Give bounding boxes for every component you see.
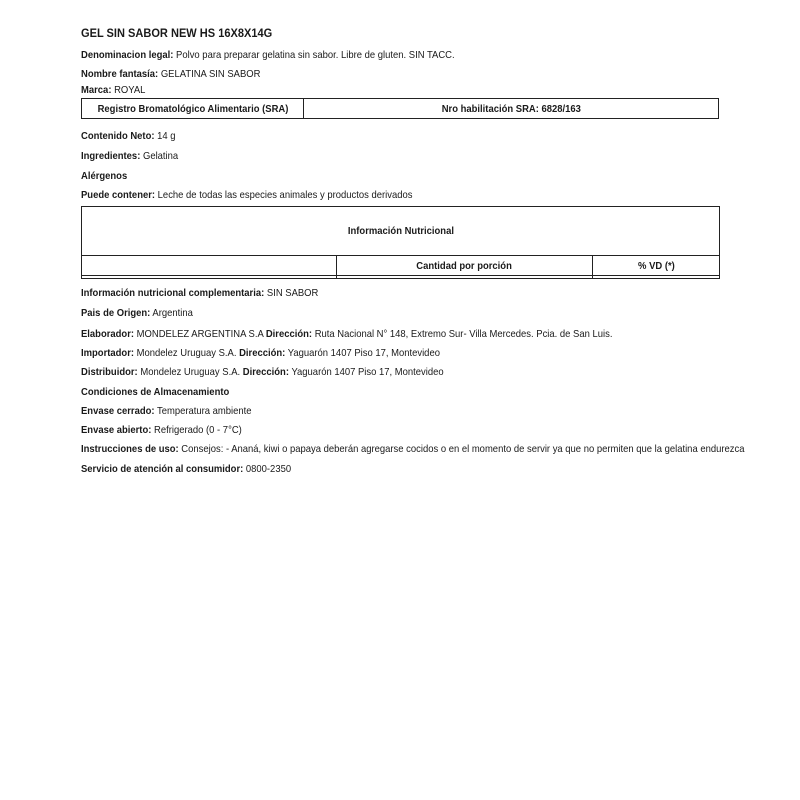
ingredientes-label: Ingredientes: xyxy=(81,150,140,162)
nutrition-col-vd: % VD (*) xyxy=(593,256,719,275)
envase-cerrado-value: Temperatura ambiente xyxy=(155,405,252,417)
sra-habilitacion-cell: Nro habilitación SRA: 6828/163 xyxy=(304,99,718,118)
nombre-fantasia-row: Nombre fantasía: GELATINA SIN SABOR xyxy=(81,68,260,80)
denominacion-legal-value: Polvo para preparar gelatina sin sabor. … xyxy=(173,49,454,61)
importador-label: Importador: xyxy=(81,347,134,359)
servicio-row: Servicio de atención al consumidor: 0800… xyxy=(81,463,291,475)
pais-origen-row: Pais de Origen: Argentina xyxy=(81,307,193,319)
envase-abierto-row: Envase abierto: Refrigerado (0 - 7°C) xyxy=(81,424,242,436)
distribuidor-direccion-value: Yaguarón 1407 Piso 17, Montevideo xyxy=(289,366,444,378)
contenido-neto-value: 14 g xyxy=(154,130,175,142)
ingredientes-value: Gelatina xyxy=(140,150,178,162)
sra-table: Registro Bromatológico Alimentario (SRA)… xyxy=(81,98,719,119)
pais-origen-value: Argentina xyxy=(150,307,193,319)
contenido-neto-label: Contenido Neto: xyxy=(81,130,154,142)
contenido-neto-row: Contenido Neto: 14 g xyxy=(81,130,176,142)
marca-label: Marca: xyxy=(81,84,111,96)
pais-origen-label: Pais de Origen: xyxy=(81,307,150,319)
nutrition-col-cantidad: Cantidad por porción xyxy=(337,256,593,275)
elaborador-row: Elaborador: MONDELEZ ARGENTINA S.A Direc… xyxy=(81,328,612,340)
envase-abierto-label: Envase abierto: xyxy=(81,424,151,436)
servicio-label: Servicio de atención al consumidor: xyxy=(81,463,243,475)
puede-contener-label: Puede contener: xyxy=(81,189,155,201)
elaborador-direccion-value: Ruta Nacional N° 148, Extremo Sur- Villa… xyxy=(312,328,612,340)
puede-contener-value: Leche de todas las especies animales y p… xyxy=(155,189,412,201)
sra-registro-cell: Registro Bromatológico Alimentario (SRA) xyxy=(82,99,304,118)
nutrition-table: Información Nutricional Cantidad por por… xyxy=(81,206,720,279)
info-complementaria-value: SIN SABOR xyxy=(264,287,318,299)
instrucciones-row: Instrucciones de uso: Consejos: - Ananá,… xyxy=(81,443,744,455)
envase-cerrado-label: Envase cerrado: xyxy=(81,405,155,417)
distribuidor-value: Mondelez Uruguay S.A. xyxy=(138,366,243,378)
servicio-value: 0800-2350 xyxy=(243,463,291,475)
instrucciones-label: Instrucciones de uso: xyxy=(81,443,179,455)
distribuidor-direccion-label: Dirección: xyxy=(243,366,289,378)
importador-direccion-value: Yaguarón 1407 Piso 17, Montevideo xyxy=(285,347,440,359)
nutrition-table-title: Información Nutricional xyxy=(82,207,719,256)
marca-value: ROYAL xyxy=(111,84,145,96)
envase-cerrado-row: Envase cerrado: Temperatura ambiente xyxy=(81,405,252,417)
distribuidor-label: Distribuidor: xyxy=(81,366,138,378)
elaborador-direccion-label: Dirección: xyxy=(266,328,312,340)
marca-row: Marca: ROYAL xyxy=(81,84,145,96)
envase-abierto-value: Refrigerado (0 - 7°C) xyxy=(151,424,241,436)
nutrition-table-header-row: Cantidad por porción % VD (*) xyxy=(82,256,719,276)
importador-value: Mondelez Uruguay S.A. xyxy=(134,347,239,359)
importador-row: Importador: Mondelez Uruguay S.A. Direcc… xyxy=(81,347,440,359)
denominacion-legal-label: Denominacion legal: xyxy=(81,49,173,61)
alergenos-heading: Alérgenos xyxy=(81,170,127,182)
ingredientes-row: Ingredientes: Gelatina xyxy=(81,150,178,162)
puede-contener-row: Puede contener: Leche de todas las espec… xyxy=(81,189,412,201)
nombre-fantasia-value: GELATINA SIN SABOR xyxy=(158,68,260,80)
elaborador-label: Elaborador: xyxy=(81,328,134,340)
denominacion-legal-row: Denominacion legal: Polvo para preparar … xyxy=(81,49,455,61)
distribuidor-row: Distribuidor: Mondelez Uruguay S.A. Dire… xyxy=(81,366,444,378)
product-title: GEL SIN SABOR NEW HS 16X8X14G xyxy=(81,26,272,40)
info-complementaria-label: Información nutricional complementaria: xyxy=(81,287,264,299)
importador-direccion-label: Dirección: xyxy=(239,347,285,359)
nombre-fantasia-label: Nombre fantasía: xyxy=(81,68,158,80)
instrucciones-value: Consejos: - Ananá, kiwi o papaya deberán… xyxy=(179,443,745,455)
info-complementaria-row: Información nutricional complementaria: … xyxy=(81,287,318,299)
condiciones-heading: Condiciones de Almacenamiento xyxy=(81,386,229,398)
nutrition-table-empty-row xyxy=(82,276,719,279)
elaborador-value: MONDELEZ ARGENTINA S.A xyxy=(134,328,266,340)
nutrition-col-name xyxy=(82,256,337,275)
